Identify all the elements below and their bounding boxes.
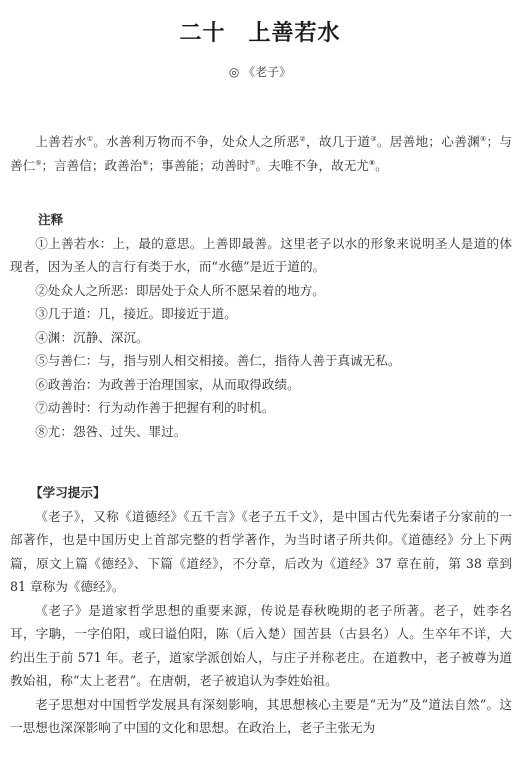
text-segment: ；言善信；政善治 <box>41 158 142 173</box>
original-paragraph: 上善若水①。水善利万物而不争，处众人之所恶②，故几于道③。居善地；心善渊④；与善… <box>10 130 512 177</box>
page-title: 二十 上善若水 <box>0 16 520 47</box>
note-item: ⑥政善治：为政善于治理国家，从而取得政绩。 <box>10 373 512 397</box>
note-item: ②处众人之所恶：即居处于众人所不愿呆着的地方。 <box>10 279 512 303</box>
study-tips-paragraph: 老子思想对中国哲学发展具有深刻影响，其思想核心主要是“无为”及“道法自然”。这一… <box>10 693 512 740</box>
note-item: ⑦动善时：行为动作善于把握有利的时机。 <box>10 396 512 420</box>
study-tips-heading: 【学习提示】 <box>10 481 512 505</box>
notes-heading: 注释 <box>10 208 512 232</box>
original-text: 上善若水①。水善利万物而不争，处众人之所恶②，故几于道③。居善地；心善渊④；与善… <box>10 130 512 177</box>
study-tips-section: 【学习提示】 《老子》，又称《道德经》《五千言》《老子五千文》，是中国古代先秦诸… <box>10 481 512 740</box>
note-item: ③几于道：几，接近。即接近于道。 <box>10 302 512 326</box>
note-item: ④渊：沉静、深沉。 <box>10 326 512 350</box>
text-segment: 上善若水 <box>35 134 87 149</box>
text-segment: 。夫唯不争，故无尤 <box>256 158 369 173</box>
text-segment: 。 <box>375 158 388 173</box>
note-item: ⑤与善仁：与，指与别人相交相接。善仁，指待人善于真诚无私。 <box>10 349 512 373</box>
text-segment: ，故几于道 <box>306 134 370 149</box>
study-tips-paragraph: 《老子》是道家哲学思想的重要来源，传说是春秋晚期的老子所著。老子，姓李名耳，字聃… <box>10 599 512 693</box>
note-item: ①上善若水：上，最的意思。上善即最善。这里老子以水的形象来说明圣人是道的体现者，… <box>10 232 512 279</box>
text-segment: 。水善利万物而不争，处众人之所恶 <box>93 134 299 149</box>
text-segment: 。居善地；心善渊 <box>377 134 480 149</box>
text-segment: ；事善能；动善时 <box>149 158 250 173</box>
author-line: ◎ 《老子》 <box>0 63 520 80</box>
note-item: ⑧尤：怨咎、过失、罪过。 <box>10 420 512 444</box>
notes-section: 注释 ①上善若水：上，最的意思。上善即最善。这里老子以水的形象来说明圣人是道的体… <box>10 208 512 443</box>
study-tips-paragraph: 《老子》，又称《道德经》《五千言》《老子五千文》，是中国古代先秦诸子分家前的一部… <box>10 505 512 599</box>
